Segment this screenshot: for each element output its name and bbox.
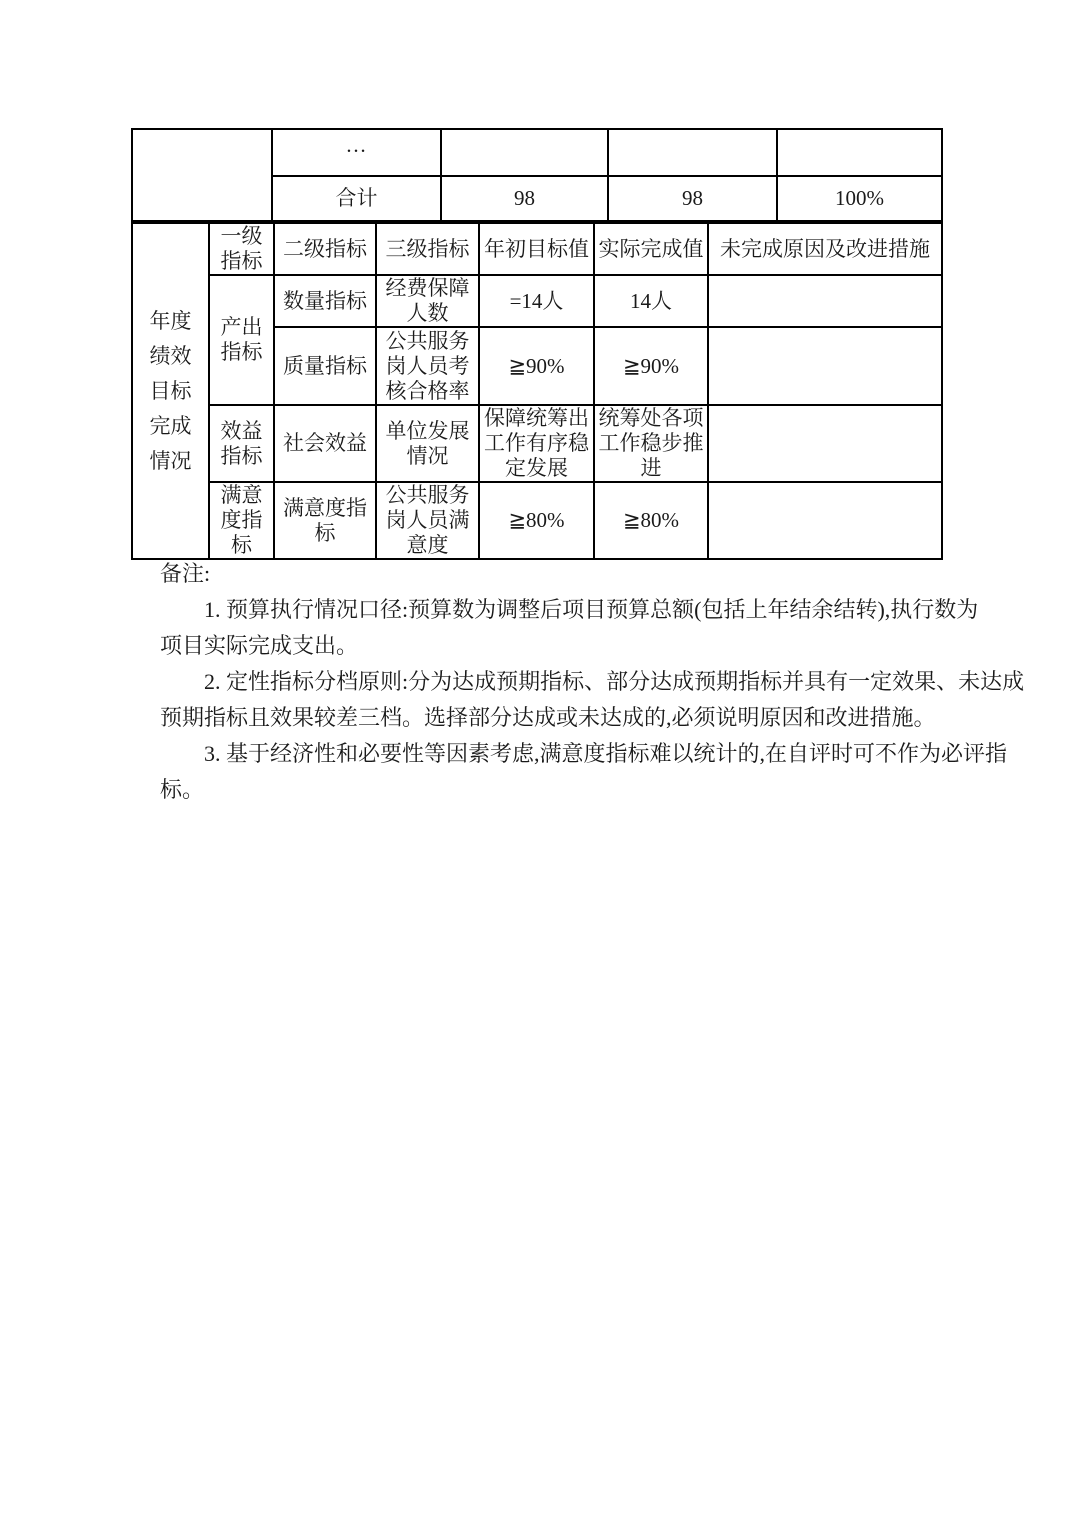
cell-actual-90: ≧90%	[594, 327, 708, 405]
header-actual-value: 实际完成值	[594, 223, 708, 275]
ellipsis-cell: …	[272, 129, 441, 176]
header-level2: 二级指标	[274, 223, 376, 275]
cell-reason-blank	[708, 482, 942, 559]
cell-actual-14: 14人	[594, 275, 708, 327]
header-target-value: 年初目标值	[479, 223, 594, 275]
blank-cell	[777, 129, 942, 176]
merged-blank-cell	[132, 129, 272, 221]
ellipsis-row: …	[132, 129, 942, 176]
cell-social-benefit: 社会效益	[274, 405, 376, 482]
cell-benefit-indicator: 效益 指标	[209, 405, 274, 482]
quantity-indicator-row: 产出 指标 数量指标 经费保障 人数 =14人 14人	[132, 275, 942, 327]
document-page: … 合计 98 98 100% 年度 绩效 目标 完成 情况 一级 指标 二级指…	[0, 0, 1074, 1520]
cell-output-indicator: 产出 指标	[209, 275, 274, 405]
total-budget-cell: 98	[441, 176, 608, 221]
cell-pass-rate-label: 公共服务 岗人员考 核合格率	[376, 327, 479, 405]
header-reason: 未完成原因及改进措施	[708, 223, 942, 275]
indicator-header-row: 年度 绩效 目标 完成 情况 一级 指标 二级指标 三级指标 年初目标值 实际完…	[132, 223, 942, 275]
summary-totals-table: … 合计 98 98 100%	[131, 128, 943, 222]
cell-target-80: ≧80%	[479, 482, 594, 559]
side-header-annual-performance: 年度 绩效 目标 完成 情况	[132, 223, 209, 559]
header-level1: 一级 指标	[209, 223, 274, 275]
cell-target-14: =14人	[479, 275, 594, 327]
cell-quality-indicator: 质量指标	[274, 327, 376, 405]
cell-reason-blank	[708, 275, 942, 327]
total-label-cell: 合计	[272, 176, 441, 221]
satisfaction-indicator-row: 满意 度指 标 满意度指 标 公共服务 岗人员满 意度 ≧80% ≧80%	[132, 482, 942, 559]
cell-actual-80: ≧80%	[594, 482, 708, 559]
blank-cell	[441, 129, 608, 176]
remarks-label: 备注:	[160, 556, 930, 592]
cell-satisfaction-level2: 满意度指 标	[274, 482, 376, 559]
benefit-indicator-row: 效益 指标 社会效益 单位发展 情况 保障统筹出 工作有序稳 定发展 统筹处各项…	[132, 405, 942, 482]
cell-quantity-indicator: 数量指标	[274, 275, 376, 327]
cell-target-development: 保障统筹出 工作有序稳 定发展	[479, 405, 594, 482]
header-level3: 三级指标	[376, 223, 479, 275]
remark-line: 1. 预算执行情况口径:预算数为调整后项目预算总额(包括上年结余结转),执行数为	[160, 592, 930, 628]
remarks-section: 备注: 1. 预算执行情况口径:预算数为调整后项目预算总额(包括上年结余结转),…	[160, 556, 930, 808]
remark-line: 项目实际完成支出。	[160, 628, 930, 664]
total-rate-cell: 100%	[777, 176, 942, 221]
performance-indicators-table: 年度 绩效 目标 完成 情况 一级 指标 二级指标 三级指标 年初目标值 实际完…	[131, 222, 943, 560]
cell-target-90: ≧90%	[479, 327, 594, 405]
cell-actual-progress: 统筹处各项 工作稳步推 进	[594, 405, 708, 482]
total-execution-cell: 98	[608, 176, 777, 221]
cell-unit-development: 单位发展 情况	[376, 405, 479, 482]
remark-line: 3. 基于经济性和必要性等因素考虑,满意度指标难以统计的,在自评时可不作为必评指	[160, 736, 930, 772]
remark-line: 2. 定性指标分档原则:分为达成预期指标、部分达成预期指标并具有一定效果、未达成	[160, 664, 930, 700]
cell-reason-blank	[708, 405, 942, 482]
cell-satisfaction-label: 公共服务 岗人员满 意度	[376, 482, 479, 559]
blank-cell	[608, 129, 777, 176]
remark-line: 标。	[160, 772, 930, 808]
cell-reason-blank	[708, 327, 942, 405]
cell-satisfaction-level1: 满意 度指 标	[209, 482, 274, 559]
cell-funded-staff-label: 经费保障 人数	[376, 275, 479, 327]
ellipsis-text: …	[346, 133, 368, 158]
remark-line: 预期指标且效果较差三档。选择部分达成或未达成的,必须说明原因和改进措施。	[160, 700, 930, 736]
